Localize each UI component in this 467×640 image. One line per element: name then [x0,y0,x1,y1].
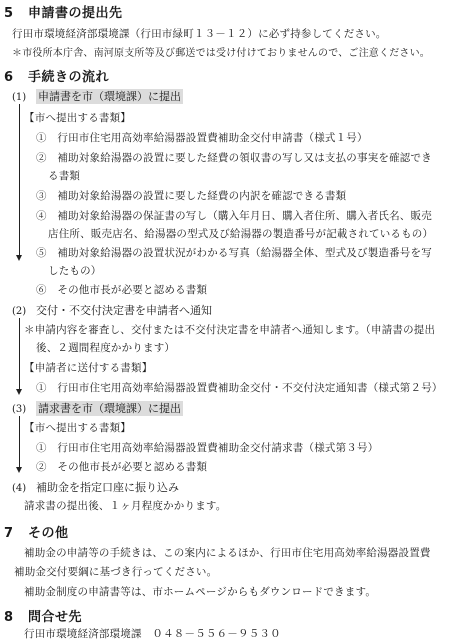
step-2-item: ① 行田市住宅用高効率給湯器設置費補助金交付・不交付決定通知書（様式第２号） [36,380,443,395]
step-1-item: ① 行田市住宅用高効率給湯器設置費補助金交付申請書（様式１号） [36,130,368,145]
step-1-heading: (1)申請書を市（環境課）に提出 [12,88,183,104]
section-8-heading: 8問合せ先 [4,606,82,625]
flow-line-3 [19,416,20,468]
s7-line-2: 補助金交付要綱に基づき行ってください。 [14,564,217,579]
flow-arrow-down-icon [16,255,22,261]
s7-line-3: 補助金制度の申請書等は、市ホームページからもダウンロードできます。 [24,584,376,599]
s5-note: ＊市役所本庁舎、南河原支所等及び郵送では受け付けておりませんので、ご注意ください… [12,44,430,59]
step-1-item: ⑥ その他市長が必要と認める書類 [36,282,207,297]
step-2-heading: (2)交付・不交付決定書を申請者へ通知 [12,302,212,318]
step-1-item: ③ 補助対象給湯器の設置に要した経費の内訳を確認できる書類 [36,188,346,203]
step-4-note: 請求書の提出後、１ヶ月程度かかります。 [24,498,226,513]
step-3-docs-header: 【市へ提出する書類】 [24,420,131,435]
step-1-item: ④ 補助対象給湯器の保証書の写し（購入年月日、購入者住所、購入者氏名、販売 [36,208,432,223]
step-1-docs-header: 【市へ提出する書類】 [24,110,131,125]
step-2-title: 交付・不交付決定書を申請者へ通知 [36,304,212,317]
flow-arrow-down-icon [16,467,22,473]
contact-line: 行田市環境経済部環境課 ０４８－５５６－９５３０ [24,626,281,640]
step-3-item: ② その他市長が必要と認める書類 [36,459,207,474]
step-2-note: ＊申請内容を審査し、交付または不交付決定書を申請者へ通知します。（申請書の提出 [24,322,435,337]
s7-line-1: 補助金の申請等の手続きは、この案内によるほか、行田市住宅用高効率給湯器設置費 [24,545,431,560]
step-1-item: ⑤ 補助対象給湯器の設置状況がわかる写真（給湯器全体、型式及び製造番号を写 [36,245,432,260]
flow-arrow-down-icon [16,389,22,395]
section-7-heading: 7その他 [4,522,69,541]
step-4-title: 補助金を指定口座に振り込み [36,481,179,494]
step-1-item-cont: したもの） [48,263,102,278]
step-1-item-cont: 店住所、販売店名、給湯器の型式及び給湯器の製造番号が記載されているもの） [48,226,433,241]
step-4-heading: (4)補助金を指定口座に振り込み [12,479,179,495]
document-page: 5申請書の提出先 行田市環境経済部環境課（行田市緑町１３－１２）に必ず持参してく… [0,0,467,640]
section-6-heading: 6手続きの流れ [4,66,109,85]
flow-line-1 [19,104,20,256]
s5-line-1: 行田市環境経済部環境課（行田市緑町１３－１２）に必ず持参してください。 [12,26,387,41]
step-3-item: ① 行田市住宅用高効率給湯器設置費補助金交付請求書（様式第３号） [36,440,378,455]
step-2-docs-header: 【申請者に送付する書類】 [24,360,152,375]
flow-line-2 [19,318,20,390]
step-2-note-cont: 後、２週間程度かかります） [36,340,175,355]
section-5-heading: 5申請書の提出先 [4,2,123,21]
step-3-title: 請求書を市（環境課）に提出 [36,401,183,416]
step-1-item-cont: る書類 [48,168,80,183]
step-1-item: ② 補助対象給湯器の設置に要した経費の領収書の写し又は支払の事実を確認でき [36,150,432,165]
step-3-heading: (3)請求書を市（環境課）に提出 [12,400,183,416]
step-1-title: 申請書を市（環境課）に提出 [36,89,183,104]
